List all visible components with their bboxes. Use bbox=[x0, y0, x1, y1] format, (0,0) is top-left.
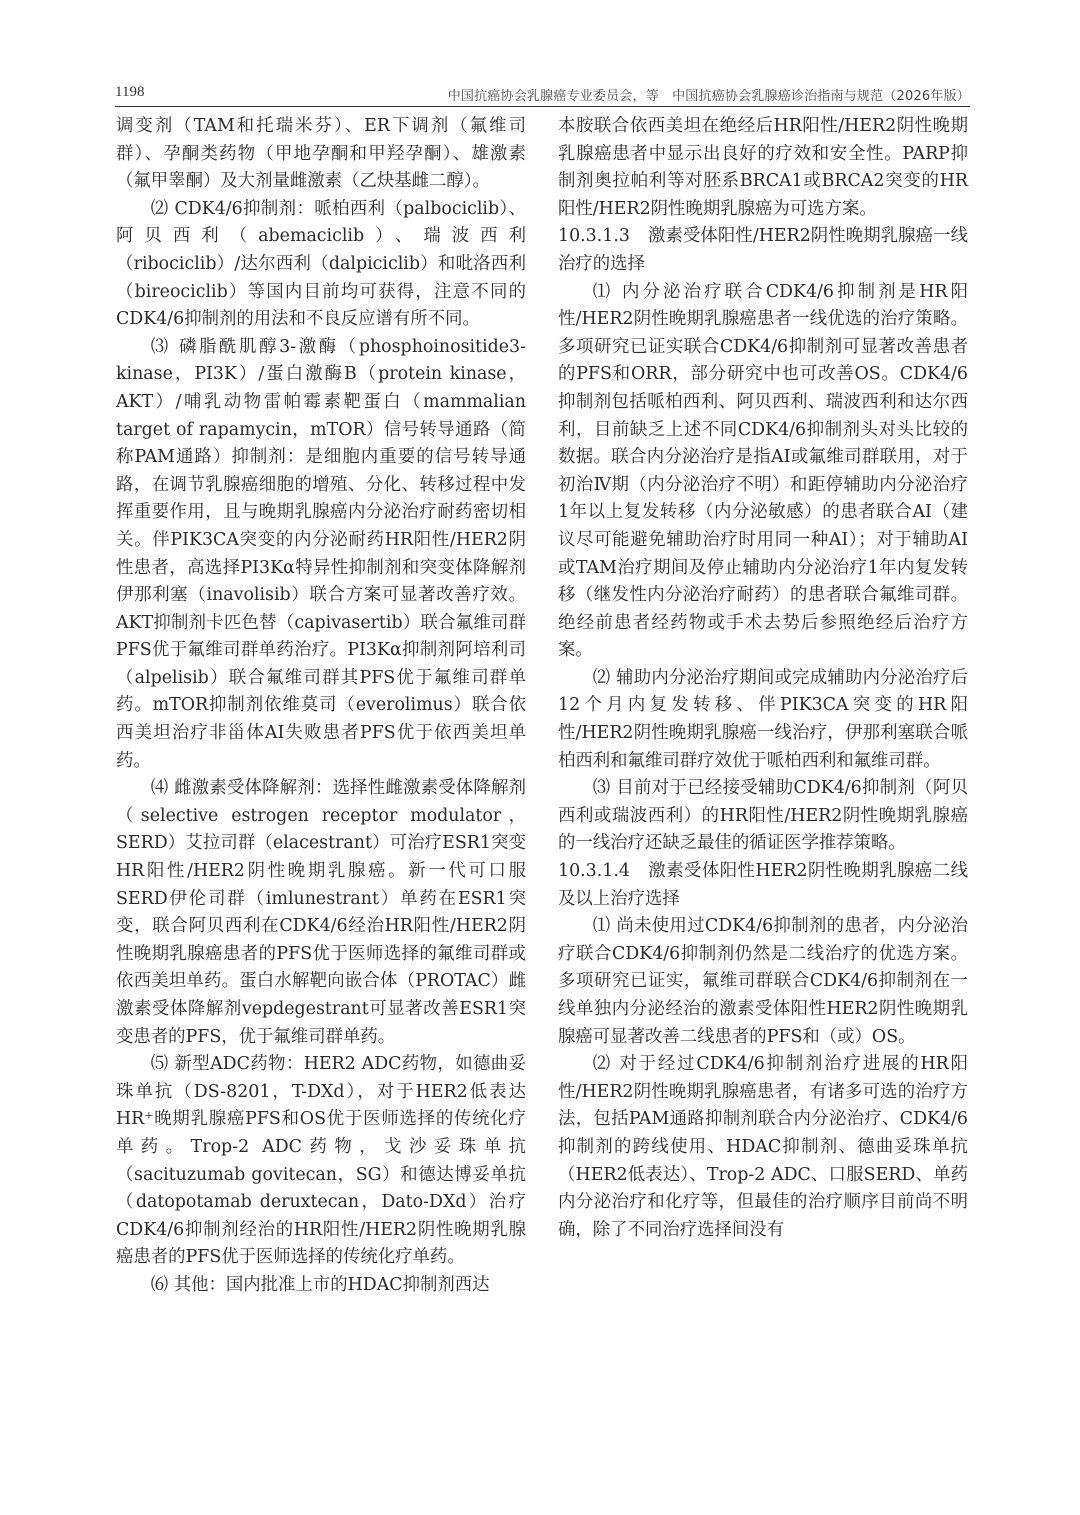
section-number: 10.3.1.3 bbox=[558, 226, 630, 246]
section-number: 10.3.1.4 bbox=[558, 861, 630, 881]
paragraph: 调变剂（TAM和托瑞米芬）、ER下调剂（氟维司群）、孕酮类药物（甲地孕酮和甲羟孕… bbox=[116, 113, 526, 196]
paragraph: 本胺联合依西美坦在绝经后HR阳性/HER2阴性晚期乳腺癌患者中显示出良好的疗效和… bbox=[558, 113, 968, 223]
page-header: 1198 中国抗癌协会乳腺癌专业委员会，等 中国抗癌协会乳腺癌诊治指南与规范（2… bbox=[115, 84, 970, 107]
left-column: 调变剂（TAM和托瑞米芬）、ER下调剂（氟维司群）、孕酮类药物（甲地孕酮和甲羟孕… bbox=[116, 113, 526, 1300]
paragraph: ⑴ 尚未使用过CDK4/6抑制剂的患者，内分泌治疗联合CDK4/6抑制剂仍然是二… bbox=[558, 913, 968, 1051]
page-number: 1198 bbox=[115, 84, 144, 101]
section-heading: 10.3.1.3激素受体阳性/HER2阴性晚期乳腺癌一线治疗的选择 bbox=[558, 223, 968, 278]
paragraph: ⑵ 对于经过CDK4/6抑制剂治疗进展的HR阳性/HER2阴性晚期乳腺癌患者，有… bbox=[558, 1051, 968, 1244]
section-heading: 10.3.1.4激素受体阳性HER2阴性晚期乳腺癌二线及以上治疗选择 bbox=[558, 858, 968, 913]
right-column: 本胺联合依西美坦在绝经后HR阳性/HER2阴性晚期乳腺癌患者中显示出良好的疗效和… bbox=[558, 113, 968, 1244]
paragraph: ⑹ 其他：国内批准上市的HDAC抑制剂西达 bbox=[116, 1272, 526, 1300]
paragraph: ⑶ 磷脂酰肌醇3-激酶（phosphoinositide3-kinase，PI3… bbox=[116, 334, 526, 776]
paragraph: ⑴ 内分泌治疗联合CDK4/6抑制剂是HR阳性/HER2阴性晚期乳腺癌患者一线优… bbox=[558, 279, 968, 665]
paragraph: ⑵ CDK4/6抑制剂：哌柏西利（palbociclib）、阿贝西利（abema… bbox=[116, 196, 526, 334]
paragraph: ⑷ 雌激素受体降解剂：选择性雌激素受体降解剂（selective estroge… bbox=[116, 775, 526, 1051]
paragraph: ⑸ 新型ADC药物：HER2 ADC药物，如德曲妥珠单抗（DS-8201，T-D… bbox=[116, 1051, 526, 1272]
paragraph: ⑶ 目前对于已经接受辅助CDK4/6抑制剂（阿贝西利或瑞波西利）的HR阳性/HE… bbox=[558, 775, 968, 858]
running-title: 中国抗癌协会乳腺癌专业委员会，等 中国抗癌协会乳腺癌诊治指南与规范（2026年版… bbox=[448, 85, 970, 104]
paragraph: ⑵ 辅助内分泌治疗期间或完成辅助内分泌治疗后12个月内复发转移、伴PIK3CA突… bbox=[558, 665, 968, 775]
